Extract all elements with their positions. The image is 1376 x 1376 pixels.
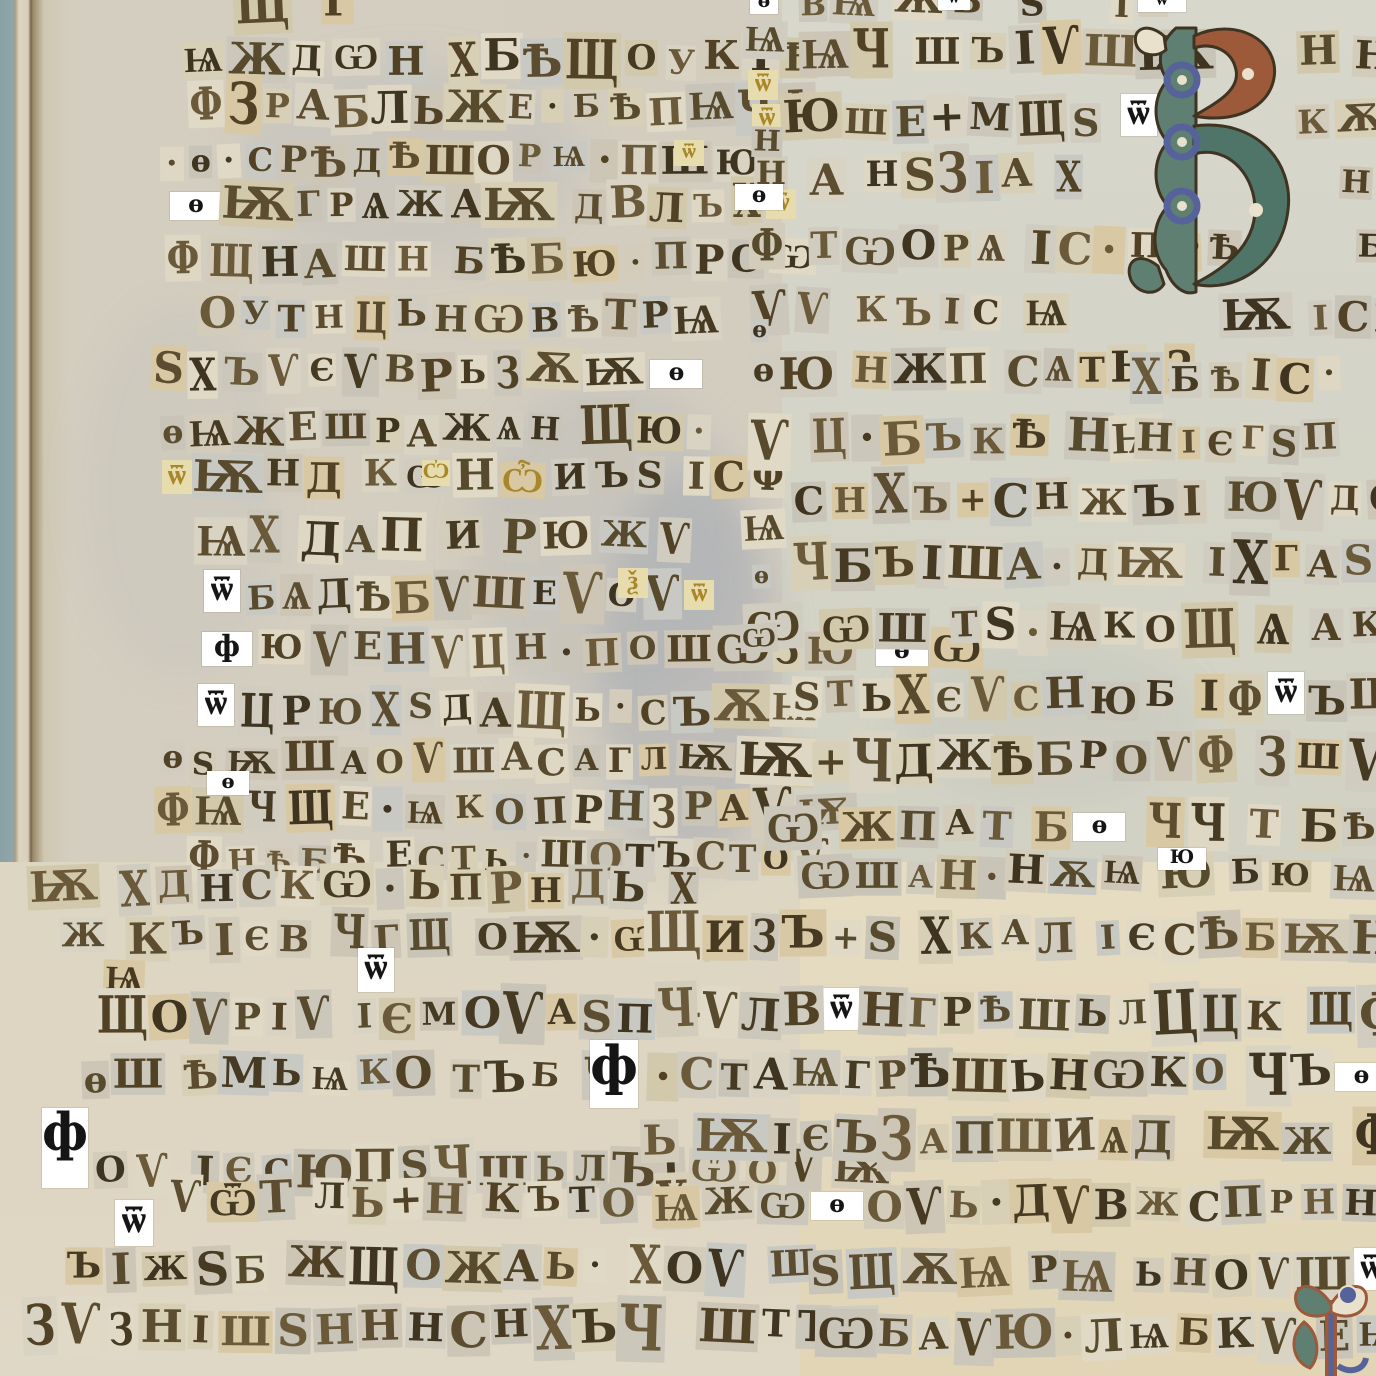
- glyph-patch: Р: [874, 1055, 909, 1097]
- glyph-patch: Ѕ: [865, 916, 901, 961]
- glyph-patch: ѳ: [752, 564, 771, 589]
- glyph-patch: П: [377, 511, 426, 560]
- glyph-patch: Ф: [1226, 674, 1265, 724]
- glyph-patch: Ь: [410, 90, 447, 131]
- glyph-patch: П: [1220, 1179, 1266, 1225]
- text-line: Ѩ: [742, 22, 788, 60]
- glyph-patch: Н: [936, 855, 980, 899]
- glyph-patch: Н: [1349, 914, 1376, 963]
- glyph-patch: З: [1255, 729, 1290, 786]
- glyph-patch: ·: [1017, 610, 1049, 657]
- glyph-patch: П: [652, 236, 691, 275]
- glyph-patch: Ю: [991, 1308, 1057, 1358]
- glyph-patch: Н: [197, 869, 236, 909]
- glyph-patch: С: [710, 455, 749, 500]
- glyph-patch: Н: [1064, 411, 1114, 461]
- text-line: ЧѴЛВѿНГРѢШЬЛЦЦКЩФЪ: [655, 988, 1376, 1034]
- glyph-patch: П: [447, 869, 485, 907]
- glyph-patch: Н: [385, 41, 427, 83]
- glyph-patch: Д: [1075, 544, 1111, 582]
- glyph-patch: Ѩ: [1330, 858, 1376, 900]
- glyph-patch: Х: [117, 863, 153, 916]
- glyph-patch: Ь: [1074, 994, 1110, 1034]
- glyph-patch: И: [442, 515, 483, 556]
- glyph-patch: Ъ: [832, 1113, 882, 1162]
- glyph-patch: Ш: [1371, 298, 1376, 340]
- glyph-patch: Ъ: [780, 909, 828, 956]
- glyph-patch: О: [1367, 478, 1376, 519]
- glyph-patch: Ѡ: [319, 863, 374, 906]
- glyph-patch: ѳ: [750, 319, 768, 343]
- glyph-patch: ·: [625, 245, 647, 278]
- glyph-patch: Е: [285, 407, 321, 449]
- glyph-patch: Ш: [948, 1052, 1012, 1101]
- glyph-patch: Ц: [354, 295, 390, 340]
- glyph-patch: Б: [1242, 918, 1279, 958]
- text-line: Ѩ: [742, 508, 785, 544]
- glyph-patch: О: [373, 745, 406, 780]
- glyph-patch: Н: [1296, 30, 1340, 74]
- glyph-patch: Ф: [187, 79, 225, 128]
- glyph-patch: Ъ: [894, 293, 934, 333]
- text-line: ѠЖПАТБѳЧЧТБѢ: [765, 804, 1376, 846]
- glyph-patch: І: [1308, 300, 1333, 337]
- glyph-patch: Ж: [838, 806, 896, 850]
- glyph-patch: ·: [160, 147, 183, 181]
- glyph-patch: Ѵ: [705, 1242, 747, 1298]
- glyph-patch: Н: [490, 1303, 531, 1345]
- glyph-patch: Р: [498, 513, 540, 564]
- glyph-patch: Ш: [913, 33, 963, 71]
- glyph-patch: Ж: [444, 83, 508, 130]
- glyph-patch: Ѩ: [1058, 1250, 1116, 1301]
- text-line: ѨЖѠѳОѴЬ·ДѴВЖСПРННѠШ: [652, 1184, 1376, 1224]
- glyph-patch: Ѣ: [309, 142, 350, 186]
- glyph-patch: Ѵ: [1280, 472, 1326, 532]
- glyph-patch: К: [482, 1176, 524, 1219]
- glyph-patch: Ф: [1195, 729, 1238, 784]
- glyph-patch: Р: [1268, 1185, 1295, 1218]
- glyph-patch: Ѩ: [670, 296, 721, 341]
- glyph-patch: Ѫ: [900, 1247, 960, 1292]
- glyph-patch: Т: [1246, 804, 1281, 847]
- glyph-patch: Н: [452, 452, 497, 497]
- glyph-patch: Ѣ: [180, 1053, 221, 1096]
- glyph-patch: З: [106, 1306, 136, 1354]
- glyph-patch: Ѕ: [807, 1249, 843, 1294]
- glyph-patch: Ъ: [1288, 1047, 1335, 1094]
- glyph-patch: Ѡ: [764, 805, 822, 851]
- glyph-patch: Ц: [1199, 988, 1241, 1041]
- glyph-patch: Н: [832, 483, 868, 520]
- glyph-patch: Р: [1076, 736, 1110, 777]
- glyph-patch: Н: [1004, 849, 1048, 893]
- glyph-patch: Н: [1033, 477, 1072, 516]
- glyph-patch: Ѵ: [657, 517, 692, 564]
- glyph-patch: Ц: [469, 627, 509, 677]
- glyph-patch: Ѩ: [1024, 293, 1069, 333]
- glyph-patch: Ъ: [671, 690, 714, 733]
- glyph-patch: Ф: [165, 234, 202, 281]
- glyph-patch: Б: [481, 33, 523, 79]
- glyph-patch: Б: [1176, 1313, 1213, 1353]
- text-line: ННО: [1298, 34, 1376, 72]
- glyph-patch: Ѡ: [819, 607, 874, 650]
- glyph-patch: Ѩ: [551, 141, 587, 172]
- glyph-patch: Т: [257, 1173, 297, 1221]
- glyph-patch: Р: [486, 865, 525, 913]
- glyph-patch: Ѣ: [607, 88, 643, 126]
- glyph-patch: Ш: [422, 141, 478, 184]
- glyph-patch: В: [1091, 1183, 1131, 1227]
- glyph-patch: О: [403, 1244, 444, 1288]
- glyph-patch: Ь: [394, 293, 429, 332]
- glyph-patch: М: [218, 1050, 270, 1096]
- glyph-patch: Ѭ: [1203, 1111, 1282, 1160]
- glyph-patch: Ь: [405, 864, 443, 907]
- glyph-patch: Ь: [1132, 1257, 1163, 1292]
- glyph-patch: Н: [1342, 1184, 1376, 1222]
- glyph-patch: Ѫ: [1334, 97, 1376, 138]
- glyph-patch: С: [1005, 350, 1043, 394]
- glyph-patch: Ѩ: [652, 1186, 700, 1228]
- glyph-patch: Р: [940, 992, 974, 1034]
- glyph-patch: Н: [1352, 36, 1376, 79]
- white-overlay-patch: ф: [590, 1040, 638, 1108]
- text-line: ѳ: [748, 318, 771, 345]
- glyph-patch: Р: [571, 789, 606, 831]
- glyph-patch: Д: [290, 40, 325, 77]
- glyph-patch: Ѕ: [192, 1245, 232, 1295]
- gold-ornament-patch: ѿ: [684, 580, 714, 610]
- glyph-patch: Ѫ: [711, 683, 773, 729]
- glyph-patch: І: [266, 997, 293, 1036]
- glyph-patch: О: [147, 993, 191, 1040]
- white-overlay-patch: ѿ: [1138, 0, 1186, 12]
- white-overlay-patch: ѿ: [198, 684, 234, 726]
- glyph-patch: Ъ: [924, 418, 965, 459]
- glyph-patch: Г: [841, 1056, 872, 1097]
- glyph-patch: Н: [312, 300, 346, 334]
- white-overlay-patch: ѿ: [204, 570, 240, 612]
- glyph-patch: Р: [328, 188, 356, 222]
- text-line: Г: [322, 0, 353, 20]
- white-overlay-patch: ф: [202, 632, 252, 666]
- glyph-patch: Т: [950, 606, 981, 644]
- glyph-patch: Н: [1169, 1252, 1209, 1293]
- glyph-patch: В: [276, 920, 311, 959]
- glyph-patch: З: [22, 1296, 59, 1356]
- glyph-patch: Х: [370, 685, 403, 735]
- glyph-patch: Л: [1080, 1312, 1126, 1361]
- glyph-patch: К: [361, 454, 398, 493]
- glyph-patch: Н: [751, 126, 783, 157]
- glyph-patch: Л: [368, 84, 412, 131]
- glyph-patch: А: [1310, 609, 1344, 648]
- glyph-patch: Ъ: [170, 915, 206, 951]
- glyph-patch: А: [1304, 544, 1340, 585]
- text-line: Б: [1352, 230, 1376, 270]
- glyph-patch: Ѣ: [1196, 909, 1242, 958]
- glyph-patch: Д: [1130, 1115, 1174, 1162]
- glyph-patch: Х: [247, 509, 282, 563]
- white-overlay-patch: ѳ: [170, 192, 222, 220]
- glyph-patch: +: [926, 93, 968, 139]
- glyph-patch: Ѕ: [901, 152, 938, 199]
- glyph-patch: Ѣ: [1341, 807, 1376, 846]
- text-line: ФѨЧЩЕ·ѨКОПРНЗРАѴѬ: [152, 790, 861, 830]
- glyph-patch: С: [1010, 680, 1042, 716]
- glyph-patch: У: [241, 296, 271, 330]
- glyph-patch: І: [352, 998, 377, 1034]
- glyph-patch: И: [1050, 1111, 1099, 1160]
- glyph-patch: Є: [1126, 919, 1159, 957]
- glyph-patch: С: [991, 478, 1033, 527]
- glyph-patch: О: [1143, 611, 1179, 650]
- glyph-patch: К: [277, 865, 318, 907]
- glyph-patch: Н: [512, 628, 550, 666]
- glyph-patch: Ч: [615, 1295, 666, 1363]
- glyph-patch: Ю: [540, 516, 592, 556]
- glyph-patch: Ш: [110, 1053, 165, 1095]
- glyph-patch: С: [970, 295, 1001, 331]
- glyph-patch: І: [1024, 224, 1058, 274]
- glyph-patch: А: [498, 737, 535, 778]
- glyph-patch: Ѧ: [359, 184, 392, 225]
- glyph-patch: Ъ: [691, 189, 724, 222]
- glyph-patch: Б: [879, 415, 925, 466]
- glyph-patch: Т: [1077, 352, 1106, 388]
- glyph-patch: Ъ: [65, 1247, 103, 1285]
- glyph-patch: Ш: [993, 1113, 1056, 1161]
- glyph-patch: Ѵ: [968, 669, 1006, 720]
- text-line: ЅХЪѴЄѴВРЬЗѪѬѳ: [152, 352, 704, 392]
- glyph-patch: А: [916, 1317, 952, 1357]
- glyph-patch: ·: [977, 856, 1007, 899]
- glyph-patch: Ь: [348, 1181, 387, 1225]
- glyph-patch: І: [939, 293, 965, 331]
- glyph-patch: Ъ: [1306, 680, 1349, 722]
- glyph-patch: Т: [718, 1059, 749, 1097]
- glyph-patch: Ю: [633, 412, 684, 451]
- glyph-patch: Н: [528, 873, 564, 909]
- glyph-patch: Н: [432, 300, 471, 339]
- glyph-patch: О: [196, 290, 239, 336]
- glyph-patch: ѳ: [188, 146, 212, 179]
- glyph-patch: П: [581, 633, 622, 674]
- glyph-patch: О: [1113, 741, 1150, 781]
- glyph-patch: Ю: [779, 91, 843, 141]
- illuminated-initial-B: [1098, 14, 1298, 306]
- glyph-patch: Т: [760, 1304, 793, 1345]
- glyph-patch: Ѵ: [295, 989, 333, 1039]
- glyph-patch: Ь: [457, 355, 487, 389]
- glyph-patch: Б: [1142, 675, 1177, 713]
- text-line: ѠШАН·НѪѨЮБЮѨФ: [800, 856, 1376, 894]
- glyph-patch: Щ: [285, 783, 336, 833]
- glyph-patch: Ѡ: [756, 1185, 808, 1226]
- glyph-patch: Н: [423, 1176, 468, 1221]
- text-line: ·ѳ·СРѢДѢШОРѨ·ПШЮ: [158, 142, 763, 180]
- glyph-patch: Ь: [859, 678, 895, 718]
- glyph-patch: Ю: [258, 629, 304, 664]
- glyph-patch: А: [343, 520, 378, 560]
- glyph-patch: Н: [312, 1307, 357, 1352]
- glyph-patch: Л: [646, 186, 687, 229]
- glyph-patch: Н: [851, 350, 890, 389]
- glyph-patch: І: [1096, 920, 1121, 956]
- text-line: ЧБЪІША·ДѬІХГАЅШІ: [790, 542, 1376, 584]
- glyph-patch: Р: [1028, 1250, 1061, 1289]
- glyph-patch: Б: [875, 1313, 913, 1354]
- glyph-patch: Н: [383, 626, 429, 672]
- glyph-patch: Ѭ: [509, 915, 583, 960]
- white-overlay-patch: ѳ: [1335, 1063, 1376, 1091]
- glyph-patch: Ѧ: [976, 227, 1009, 268]
- glyph-patch: ·: [375, 868, 404, 911]
- glyph-patch: З: [934, 143, 971, 203]
- glyph-patch: Ю: [569, 245, 619, 284]
- glyph-patch: Н: [1339, 166, 1373, 200]
- text-line: НІЄГЅП: [1135, 422, 1340, 460]
- glyph-patch: Х: [1130, 352, 1163, 404]
- glyph-patch: Н: [405, 1307, 447, 1349]
- glyph-patch: Х: [1229, 532, 1272, 597]
- glyph-patch: Ч: [849, 731, 896, 794]
- glyph-patch: Ж: [701, 1181, 754, 1222]
- glyph-patch: Щ: [207, 237, 256, 285]
- glyph-patch: Ш: [852, 858, 901, 895]
- glyph-patch: К: [1243, 995, 1285, 1038]
- glyph-patch: О: [864, 1185, 905, 1229]
- glyph-patch: Ь: [1006, 1053, 1048, 1100]
- glyph-patch: З: [749, 913, 779, 961]
- glyph-patch: ·: [372, 786, 402, 831]
- glyph-patch: К: [970, 423, 1006, 460]
- glyph-patch: Ѣ: [565, 299, 602, 338]
- glyph-patch: Н: [858, 985, 908, 1036]
- glyph-patch: Н: [264, 454, 303, 493]
- glyph-patch: Ш: [944, 539, 1007, 589]
- glyph-patch: Ч: [1245, 1045, 1290, 1106]
- glyph-patch: К: [1101, 607, 1137, 645]
- glyph-patch: Ѧ: [280, 573, 314, 615]
- glyph-patch: З: [877, 1108, 916, 1172]
- text-line: ФЗРАБЛЬЖЕ·БѢПѨЧФ: [185, 88, 817, 128]
- glyph-patch: Ѭ: [582, 352, 646, 392]
- glyph-patch: Ш: [875, 608, 929, 650]
- glyph-patch: О: [662, 1246, 705, 1293]
- glyph-patch: З: [650, 788, 679, 836]
- text-line: ѨЖДѠНХБѢЩОУКТѢ: [178, 38, 819, 80]
- glyph-patch: Ѵ: [698, 985, 739, 1039]
- white-overlay-patch: Ю: [1158, 848, 1206, 870]
- glyph-patch: Ѕ: [634, 455, 666, 494]
- glyph-patch: Ѡ: [815, 1309, 878, 1358]
- glyph-patch: Ф: [1353, 1106, 1376, 1165]
- glyph-patch: Ш: [450, 744, 498, 780]
- glyph-patch: Ш: [218, 1311, 273, 1353]
- glyph-patch: Ѭ: [735, 736, 816, 787]
- glyph-patch: Ѕ: [790, 676, 824, 718]
- glyph-patch: А: [716, 788, 751, 827]
- glyph-patch: Ѡ: [1090, 1051, 1148, 1096]
- glyph-patch: П: [946, 347, 990, 391]
- glyph-patch: Д: [303, 456, 344, 499]
- glyph-patch: Ъ: [911, 482, 950, 521]
- glyph-patch: Б: [1032, 736, 1076, 785]
- glyph-patch: Х: [871, 466, 910, 525]
- gold-ornament-patch: ѯ: [618, 568, 648, 598]
- glyph-patch: Ѡ: [471, 296, 527, 340]
- glyph-patch: Ѵ: [429, 629, 465, 677]
- glyph-patch: Н: [258, 240, 302, 284]
- glyph-patch: ·: [981, 1179, 1013, 1225]
- glyph-patch: ·: [609, 689, 632, 723]
- glyph-patch: П: [530, 791, 570, 831]
- glyph-patch: Н: [1042, 669, 1089, 716]
- glyph-patch: Д: [297, 515, 344, 565]
- glyph-patch: +: [829, 920, 861, 956]
- glyph-patch: Ъ: [570, 1302, 621, 1352]
- glyph-patch: З: [225, 73, 264, 134]
- glyph-patch: Б: [245, 580, 278, 616]
- glyph-patch: Ш: [1294, 738, 1342, 775]
- glyph-patch: Ш: [469, 569, 530, 617]
- glyph-patch: К: [701, 35, 741, 77]
- glyph-patch: К: [1146, 1051, 1189, 1095]
- glyph-patch: В: [779, 985, 823, 1034]
- glyph-patch: Ф: [154, 786, 192, 834]
- glyph-patch: І: [1177, 480, 1207, 524]
- glyph-patch: Щ: [1015, 93, 1068, 145]
- glyph-patch: К: [1214, 1312, 1257, 1357]
- glyph-patch: А: [806, 157, 846, 202]
- glyph-patch: С: [1055, 226, 1096, 273]
- glyph-patch: Ѭ: [218, 179, 297, 229]
- text-line: Щ: [236, 0, 289, 24]
- glyph-patch: Г: [1239, 422, 1266, 456]
- glyph-patch: Ѵ: [411, 737, 445, 782]
- glyph-patch: О: [898, 224, 938, 267]
- glyph-patch: Щ: [513, 683, 570, 739]
- glyph-patch: З: [493, 349, 522, 396]
- glyph-patch: Ѣ: [978, 991, 1013, 1029]
- text-line: ·СТАѨГРѢШЬНѠКОЧЪѳ: [648, 1054, 1376, 1096]
- glyph-patch: А: [750, 1051, 792, 1098]
- glyph-patch: М: [966, 96, 1013, 137]
- glyph-patch: А: [338, 747, 368, 781]
- glyph-patch: ·: [1054, 1316, 1081, 1356]
- glyph-patch: Ѩ: [309, 1060, 351, 1097]
- glyph-patch: Б: [831, 543, 875, 592]
- glyph-patch: Д: [1009, 1178, 1053, 1225]
- glyph-patch: Щ: [644, 903, 704, 962]
- text-line: ѳѬГРѦЖАѬДВЛЪХѿ: [168, 184, 798, 224]
- glyph-patch: І: [1194, 673, 1224, 717]
- glyph-patch: І: [683, 456, 710, 496]
- glyph-patch: Х: [1054, 155, 1083, 200]
- glyph-patch: Ѡ: [841, 228, 899, 273]
- glyph-patch: Є: [379, 998, 415, 1040]
- glyph-patch: Д: [439, 689, 475, 726]
- glyph-patch: А: [545, 993, 578, 1030]
- glyph-patch: И: [702, 915, 747, 960]
- glyph-patch: Б: [330, 88, 373, 135]
- text-line: ЪІЖЅБЖЩОЖАЬ·ХОѴШ: [62, 1246, 821, 1288]
- glyph-patch: Ж: [1281, 1123, 1333, 1162]
- glyph-patch: Ѡ: [332, 38, 381, 76]
